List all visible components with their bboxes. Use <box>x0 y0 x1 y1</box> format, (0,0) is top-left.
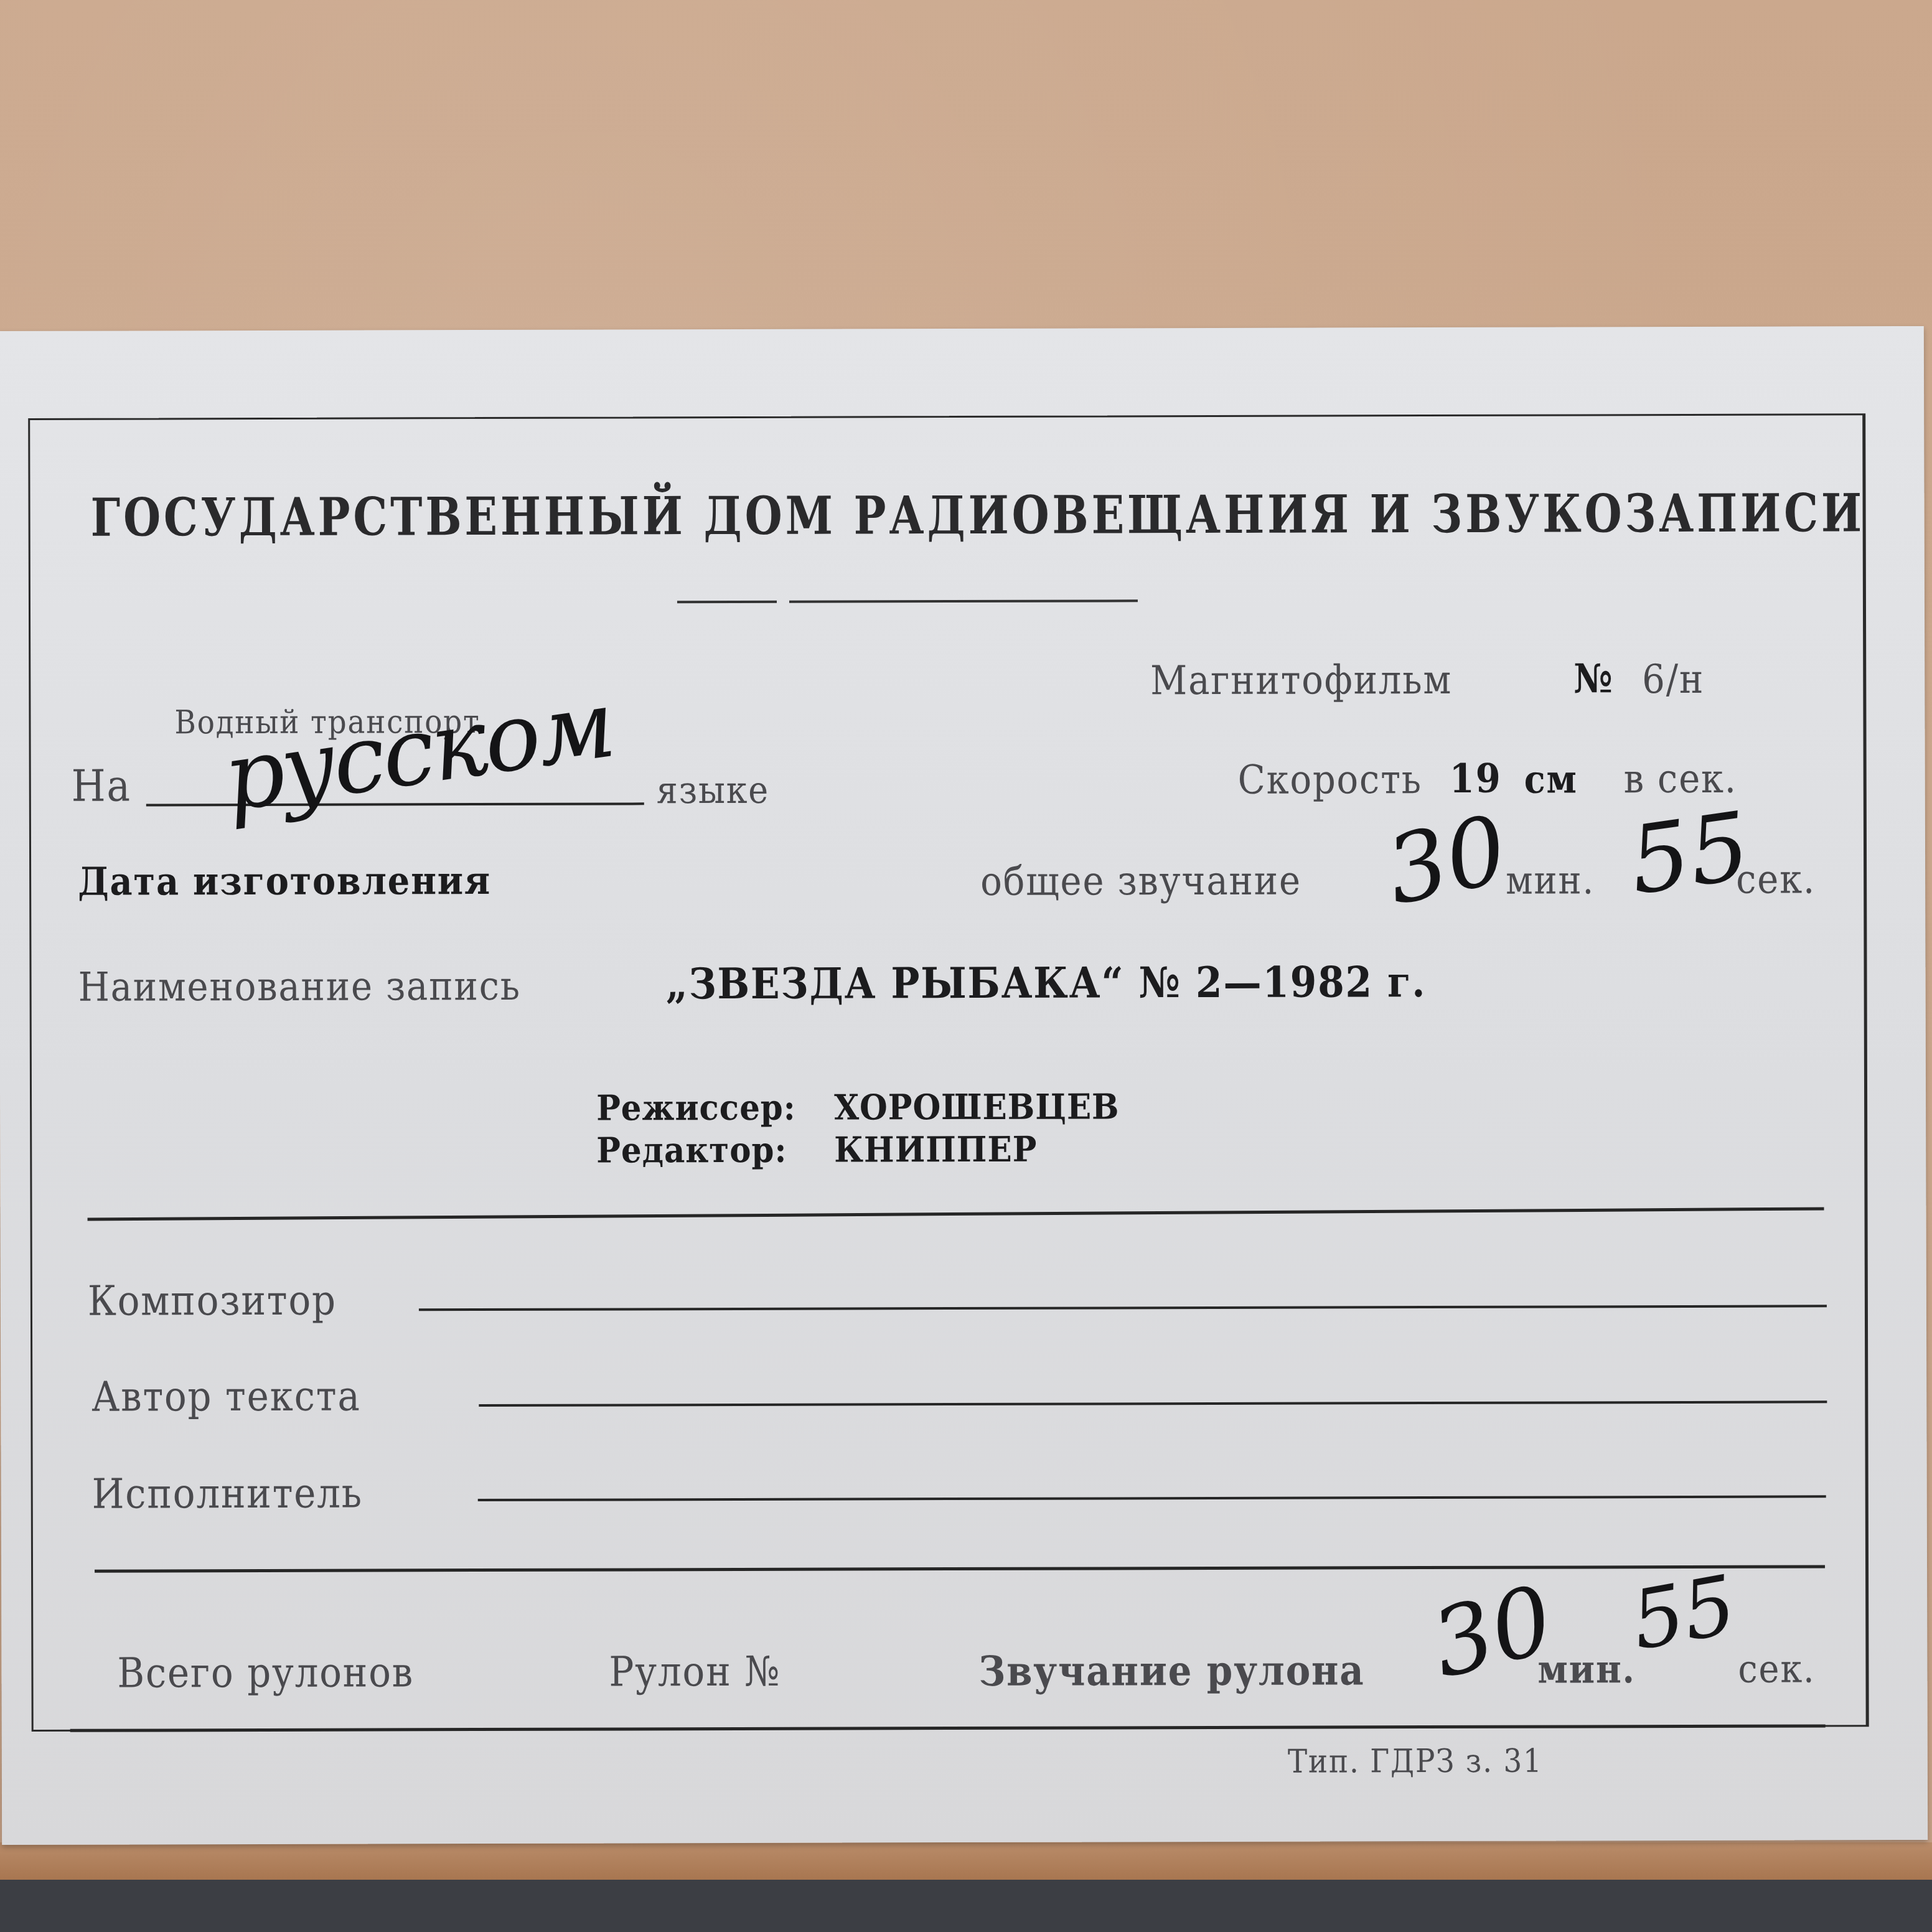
recording-name-label: Наименование запись <box>78 964 520 1011</box>
tape-film-label: Магнитофильм <box>1150 657 1452 704</box>
tape-film-number: 6/н <box>1642 657 1704 703</box>
language-suffix: языке <box>657 769 769 812</box>
speed-unit: см <box>1524 756 1578 802</box>
recording-name-value: „ЗВЕЗДА РЫБАКА“ № 2—1982 г. <box>665 957 1426 1009</box>
cardboard-edge <box>0 1842 1932 1880</box>
handwritten-roll-seconds: 55 <box>1625 1557 1743 1669</box>
total-duration-label: общее звучание <box>980 858 1301 905</box>
speed-value: 19 <box>1450 756 1502 802</box>
roll-minutes-label: мин. <box>1537 1646 1636 1692</box>
total-seconds-label: сек. <box>1736 856 1816 903</box>
printer-mark: Тип. ГДРЗ з. 31 <box>1288 1743 1543 1781</box>
credit-director-role: Режиссер: <box>596 1087 796 1129</box>
field-composer-label: Композитор <box>88 1277 337 1325</box>
table-surface <box>0 1880 1932 1932</box>
roll-number-label: Рулон № <box>609 1648 781 1696</box>
printed-frame <box>28 413 1869 1732</box>
credit-editor-name: КНИППЕР <box>834 1129 1037 1171</box>
credit-editor-role: Редактор: <box>596 1130 787 1171</box>
language-prefix: На <box>72 760 131 811</box>
institution-heading: ГОСУДАРСТВЕННЫЙ ДОМ РАДИОВЕЩАНИЯ И ЗВУКО… <box>90 482 1865 548</box>
total-rolls-label: Всего рулонов <box>117 1648 414 1697</box>
tape-film-number-sign: № <box>1573 655 1614 702</box>
credit-director-name: ХОРОШЕВЦЕВ <box>834 1086 1120 1128</box>
production-date-label: Дата изготовления <box>78 858 491 904</box>
roll-seconds-label: сек. <box>1738 1646 1815 1691</box>
speed-label: Скорость <box>1238 757 1422 804</box>
total-minutes-label: мин. <box>1506 857 1595 903</box>
field-lyricist-label: Автор текста <box>91 1372 360 1421</box>
label-card: ГОСУДАРСТВЕННЫЙ ДОМ РАДИОВЕЩАНИЯ И ЗВУКО… <box>0 326 1928 1845</box>
roll-duration-label: Звучание рулона <box>978 1646 1364 1695</box>
field-performer-label: Исполнитель <box>92 1470 363 1518</box>
